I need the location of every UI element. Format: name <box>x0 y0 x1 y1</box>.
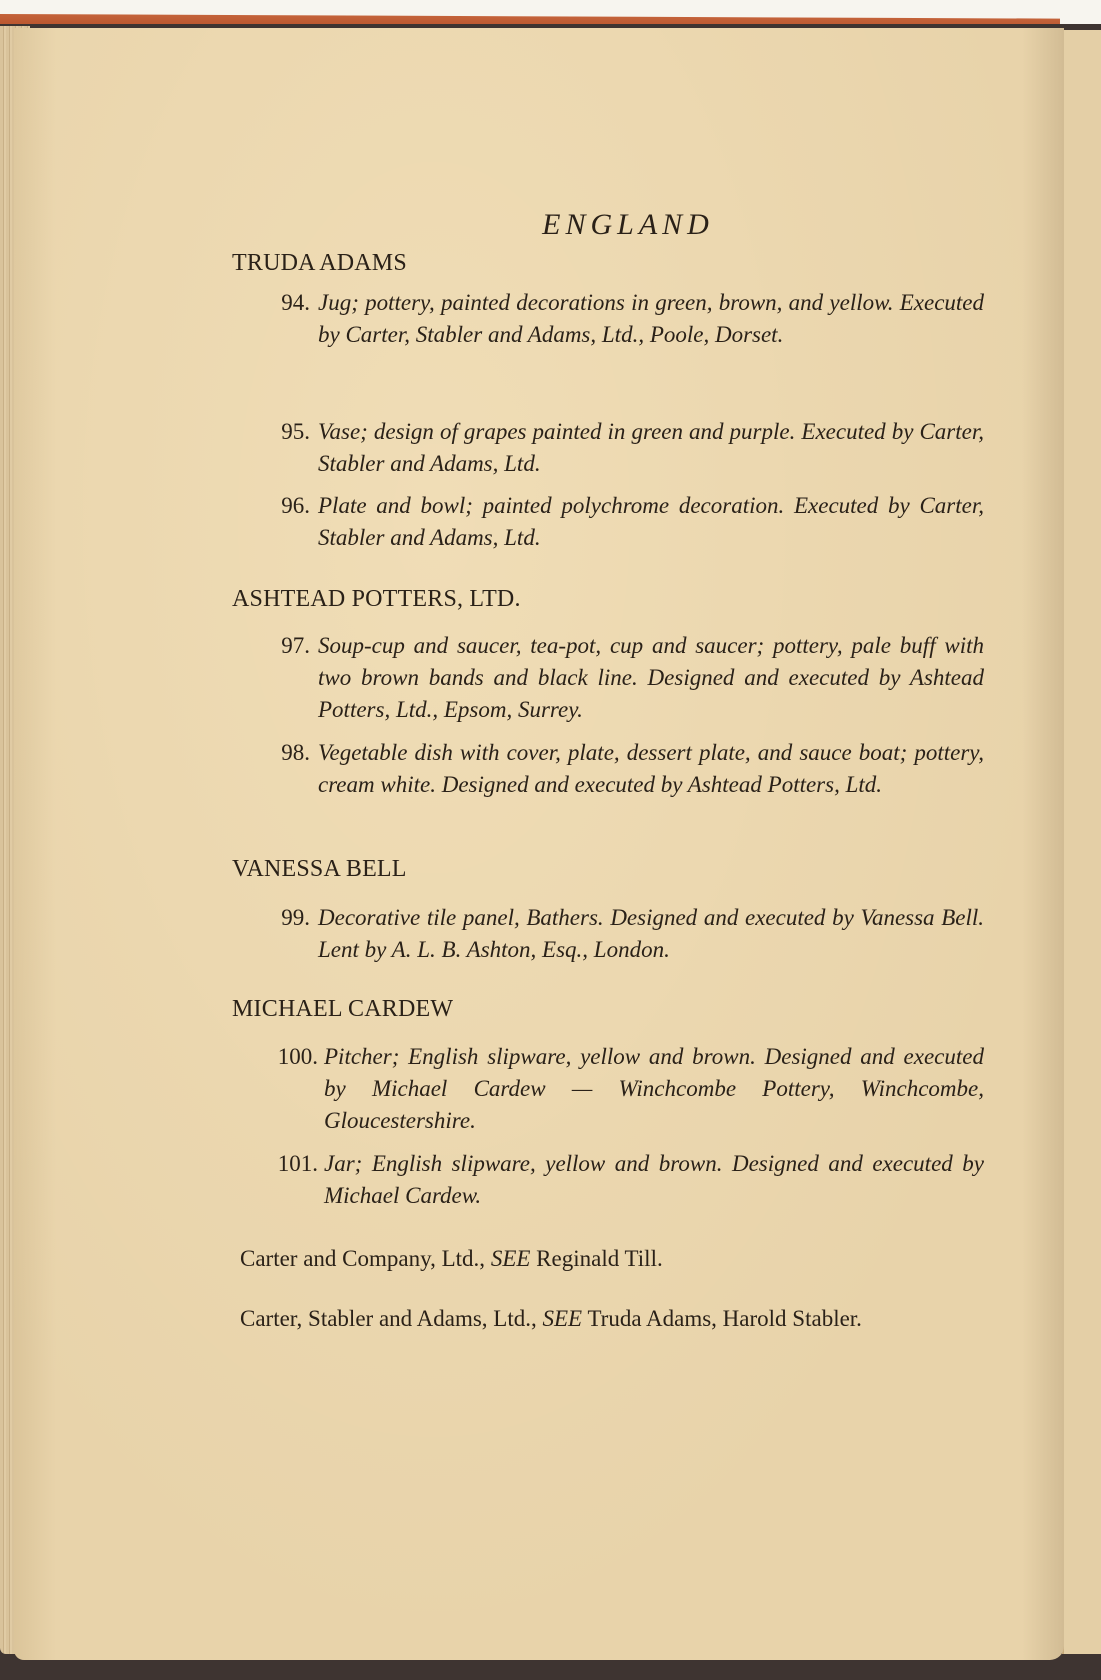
artist-heading: VANESSA BELL <box>232 856 407 883</box>
xref-name: Carter, Stabler and Adams, Ltd., <box>240 1306 537 1331</box>
catalog-entry: 97. Soup-cup and saucer, tea-pot, cup an… <box>232 630 984 726</box>
entry-description: Vegetable dish with cover, plate, desser… <box>318 737 984 801</box>
catalog-entry: 101. Jar; English slipware, yellow and b… <box>232 1148 984 1212</box>
artist-heading: ASHTEAD POTTERS, LTD. <box>232 586 521 613</box>
book-page: ENGLAND TRUDA ADAMS 94. Jug; pottery, pa… <box>14 28 1064 1660</box>
artist-heading: MICHAEL CARDEW <box>232 996 453 1023</box>
entry-number: 96. <box>232 490 310 522</box>
catalog-entry: 98. Vegetable dish with cover, plate, de… <box>232 737 984 801</box>
entry-description: Plate and bowl; painted polychrome decor… <box>318 490 984 554</box>
entry-description: Vase; design of grapes painted in green … <box>318 416 984 480</box>
catalog-entry: 95. Vase; design of grapes painted in gr… <box>232 416 984 480</box>
entry-number: 95. <box>232 416 310 448</box>
xref-name: Carter and Company, Ltd., <box>240 1246 485 1271</box>
entry-number: 99. <box>232 902 310 934</box>
catalog-entry: 96. Plate and bowl; painted polychrome d… <box>232 490 984 554</box>
xref-see: SEE <box>491 1246 531 1271</box>
xref-target: Truda Adams, Harold Stabler. <box>587 1306 862 1331</box>
xref-see: SEE <box>542 1306 582 1331</box>
entry-number: 101. <box>232 1148 318 1180</box>
entry-number: 97. <box>232 630 310 662</box>
cross-reference: Carter, Stabler and Adams, Ltd., SEE Tru… <box>240 1303 992 1335</box>
entry-number: 98. <box>232 737 310 769</box>
xref-target: Reginald Till. <box>536 1246 663 1271</box>
entry-number: 94. <box>232 287 310 319</box>
catalog-entry: 99. Decorative tile panel, Bathers. Desi… <box>232 902 984 966</box>
country-heading: ENGLAND <box>232 208 984 242</box>
entry-description: Jug; pottery, painted decorations in gre… <box>318 287 984 351</box>
cross-reference: Carter and Company, Ltd., SEE Reginald T… <box>240 1243 992 1275</box>
entry-description: Pitcher; English slipware, yellow and br… <box>324 1041 984 1137</box>
artist-heading: TRUDA ADAMS <box>232 250 407 277</box>
adjacent-page-edge <box>1062 30 1101 1654</box>
entry-description: Soup-cup and saucer, tea-pot, cup and sa… <box>318 630 984 726</box>
entry-description: Jar; English slipware, yellow and brown.… <box>324 1148 984 1212</box>
entry-description: Decorative tile panel, Bathers. Designed… <box>318 902 984 966</box>
entry-number: 100. <box>232 1041 318 1073</box>
catalog-entry: 94. Jug; pottery, painted decorations in… <box>232 287 984 351</box>
catalog-entry: 100. Pitcher; English slipware, yellow a… <box>232 1041 984 1137</box>
